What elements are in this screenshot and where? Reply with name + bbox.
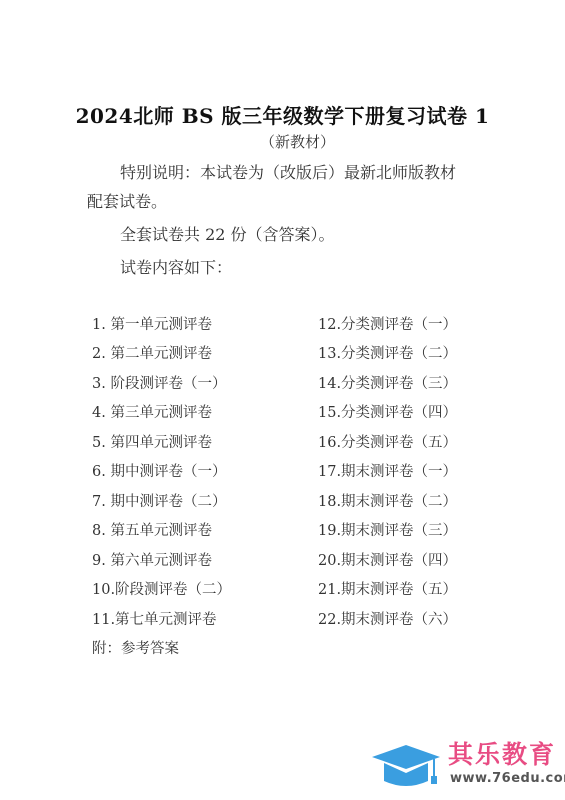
list-item: 11.第七单元测评卷 — [92, 608, 217, 629]
list-item: 15.分类测评卷（四） — [318, 401, 457, 422]
list-item: 22.期末测评卷（六） — [318, 608, 457, 629]
list-item: 5. 第四单元测评卷 — [92, 431, 212, 452]
total-count: 全套试卷共 22 份（含答案）。 — [120, 222, 335, 245]
list-item: 4. 第三单元测评卷 — [92, 401, 212, 422]
list-item: 18.期末测评卷（二） — [318, 490, 457, 511]
graduation-cap-icon — [370, 743, 442, 791]
note-line-2: 配套试卷。 — [87, 189, 167, 212]
note-line-1: 特别说明：本试卷为（改版后）最新北师版教材 — [120, 160, 456, 183]
list-item: 17.期末测评卷（一） — [318, 460, 457, 481]
list-item: 13.分类测评卷（二） — [318, 342, 457, 363]
list-item: 16.分类测评卷（五） — [318, 431, 457, 452]
list-item: 3. 阶段测评卷（一） — [92, 372, 226, 393]
list-item: 2. 第二单元测评卷 — [92, 342, 212, 363]
watermark-brand-name: 其乐教育 — [448, 735, 556, 771]
list-item: 14.分类测评卷（三） — [318, 372, 457, 393]
document-subtitle: （新教材） — [0, 131, 565, 152]
list-item: 20.期末测评卷（四） — [318, 549, 457, 570]
list-item: 8. 第五单元测评卷 — [92, 519, 212, 540]
contents-heading: 试卷内容如下： — [120, 255, 232, 278]
list-item: 10.阶段测评卷（二） — [92, 578, 231, 599]
list-item: 19.期末测评卷（三） — [318, 519, 457, 540]
list-item: 12.分类测评卷（一） — [318, 313, 457, 334]
appendix-note: 附：参考答案 — [92, 637, 179, 658]
list-item: 9. 第六单元测评卷 — [92, 549, 212, 570]
watermark-url: www.76edu.com — [450, 771, 565, 786]
list-item: 21.期末测评卷（五） — [318, 578, 457, 599]
watermark-logo: 其乐教育 www.76edu.com — [370, 735, 560, 795]
list-item: 1. 第一单元测评卷 — [92, 313, 212, 334]
list-item: 7. 期中测评卷（二） — [92, 490, 226, 511]
list-item: 6. 期中测评卷（一） — [92, 460, 226, 481]
document-title: 2024北师 BS 版三年级数学下册复习试卷 1 — [0, 100, 565, 129]
